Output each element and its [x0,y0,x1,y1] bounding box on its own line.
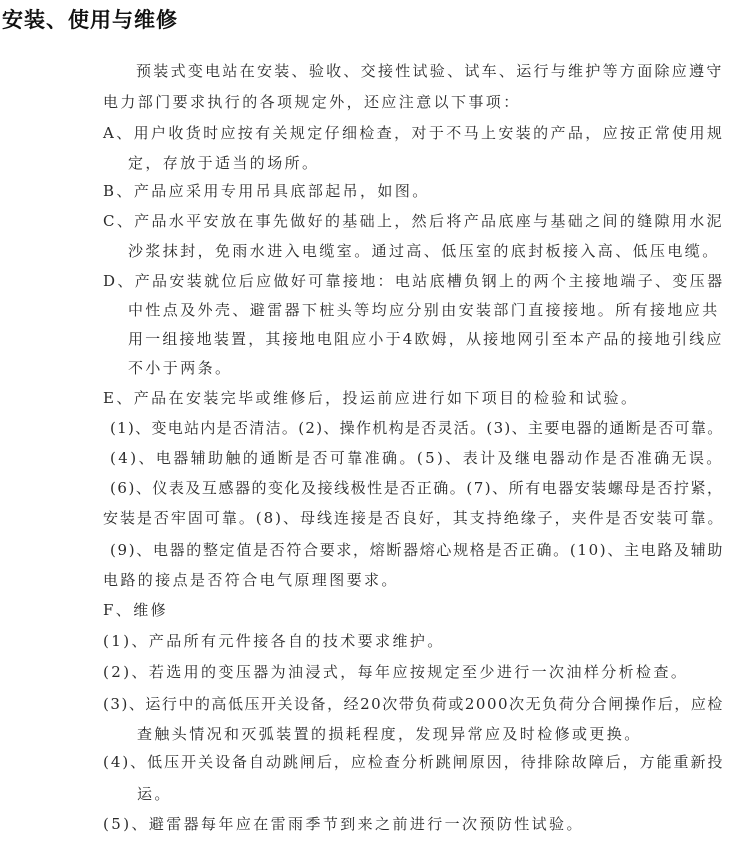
text-line: 定，存放于适当的场所。 [128,153,319,173]
text-line: 用一组接地装置，其接地电阻应小于4欧姆，从接地网引至本产品的接地引线应 [128,329,724,349]
text-line: (1)、产品所有元件接各自的技术要求维护。 [103,631,445,651]
text-line: (6)、仪表及互感器的变化及接线极性是否正确。(7)、所有电器安装螺母是否拧紧， [110,478,724,498]
text-line: 查触头情况和灭弧装置的损耗程度，发现异常应及时检修或更换。 [137,724,642,744]
page-title: 安装、使用与维修 [2,4,178,34]
text-line: 不小于两条。 [128,358,232,378]
text-line: E、产品在安装完毕或维修后，投运前应进行如下项目的检验和试验。 [103,388,638,408]
text-line: (9)、电器的整定值是否符合要求，熔断器熔心规格是否正确。(10)、主电路及辅助 [110,540,724,560]
text-line: 电力部门要求执行的各项规定外，还应注意以下事项： [103,92,521,112]
text-line: (1)、变电站内是否清洁。(2)、操作机构是否灵活。(3)、主要电器的通断是否可… [110,418,724,438]
text-line: (4)、低压开关设备自动跳闸后，应检查分析跳闸原因，待排除故障后，方能重新投 [103,752,724,772]
text-line: 预装式变电站在安装、验收、交接性试验、试车、运行与维护等方面除应遵守 [136,61,724,81]
text-line: D、产品安装就位后应做好可靠接地：电站底槽负钢上的两个主接地端子、变压器 [103,271,724,291]
text-line: (3)、运行中的高低压开关设备，经20次带负荷或2000次无负荷分合闸操作后，应… [103,694,724,714]
text-line: (5)、避雷器每年应在雷雨季节到来之前进行一次预防性试验。 [103,814,584,834]
text-line: 中性点及外壳、避雷器下桩头等均应分别由安装部门直接接地。所有接地应共 [128,300,720,320]
text-line: C、产品水平安放在事先做好的基础上，然后将产品底座与基础之间的缝隙用水泥 [103,211,724,231]
text-line: 电路的接点是否符合电气原理图要求。 [103,570,399,590]
text-line: 运。 [137,784,172,804]
text-line: 安装是否牢固可靠。(8)、母线连接是否良好，其支持绝缘子，夹件是否安装可靠。 [103,508,724,528]
text-line: (4)、电器辅助触的通断是否可靠准确。(5)、表计及继电器动作是否准确无误。 [110,448,724,468]
text-line: B、产品应采用专用吊具底部起吊，如图。 [103,181,430,201]
text-line: F、维修 [103,600,168,620]
text-line: 沙浆抹封，免雨水进入电缆室。通过高、低压室的底封板接入高、低压电缆。 [128,241,720,261]
text-line: A、用户收货时应按有关规定仔细检查，对于不马上安装的产品，应按正常使用规 [103,123,724,143]
text-line: (2)、若选用的变压器为油浸式，每年应按规定至少进行一次油样分析检查。 [103,662,688,682]
